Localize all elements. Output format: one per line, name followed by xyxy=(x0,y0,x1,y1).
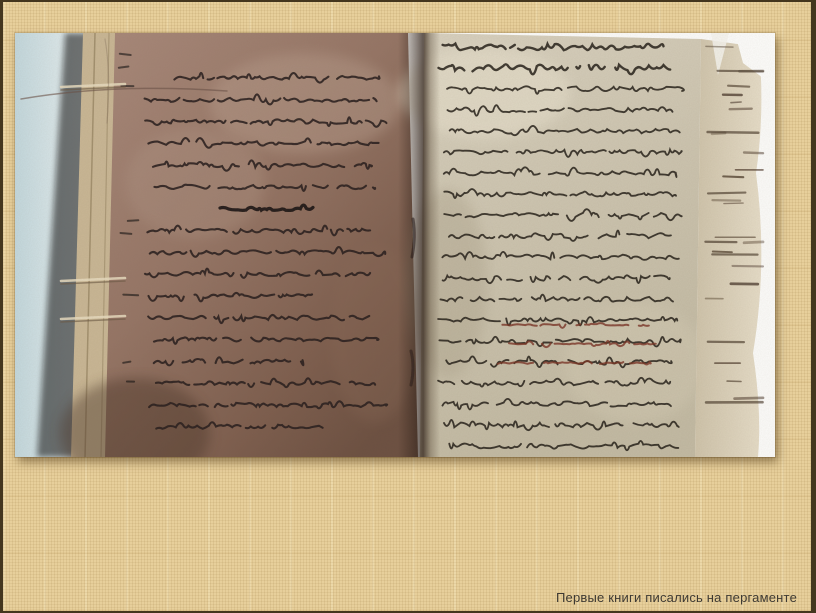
manuscript-book-illustration xyxy=(15,33,775,457)
caption: Первые книги писались на пергаменте xyxy=(556,590,797,606)
manuscript-photo xyxy=(15,33,775,457)
photo-grain xyxy=(15,33,775,457)
slide: Первые книги писались на пергаменте xyxy=(0,0,816,613)
